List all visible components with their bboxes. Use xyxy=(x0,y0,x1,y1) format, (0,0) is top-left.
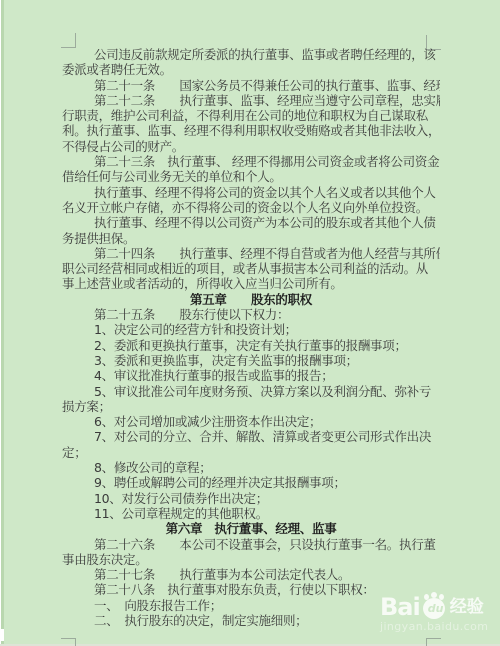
jingyan-domain-text: jingyan.baidu.com xyxy=(380,620,492,633)
document-line: 5、审议批准公司年度财务预、决算方案以及利润分配、弥补亏 xyxy=(62,384,440,399)
document-line: 借给任何与公司业务无关的单位和个人。 xyxy=(62,169,440,184)
page-left-margin-strip xyxy=(1,0,4,646)
document-line: 第二十一条 国家公务员不得兼任公司的执行董事、监事、经理。 xyxy=(62,78,440,93)
document-line: 10、对发行公司债券作出决定； xyxy=(62,491,440,506)
jingyan-logo-text: 经验 xyxy=(450,592,484,620)
document-line: 执行董事、经理不得将公司的资金以其个人名义或者以其他个人 xyxy=(62,185,440,200)
section-heading: 第五章 股东的职权 xyxy=(62,292,440,307)
document-line: 公司违反前款规定所委派的执行董事、监事或者聘任经理的，该 xyxy=(62,47,440,62)
section-heading: 第六章 执行董事、经理、监事 xyxy=(62,521,440,536)
text-boundary-corner-mark-top-left xyxy=(61,33,76,48)
document-line: 1、决定公司的经营方针和投资计划； xyxy=(62,322,440,337)
document-text-area[interactable]: 公司违反前款规定所委派的执行董事、监事或者聘任经理的，该委派或者聘任无效。第二十… xyxy=(62,47,440,631)
word-document-page: 公司违反前款规定所委派的执行董事、监事或者聘任经理的，该委派或者聘任无效。第二十… xyxy=(0,0,500,646)
document-line: 委派或者聘任无效。 xyxy=(62,62,440,77)
document-line: 定； xyxy=(62,445,440,460)
text-boundary-corner-mark-bottom-left xyxy=(61,638,76,646)
document-line: 利。执行董事、监事、经理不得利用职权收受贿赂或者其他非法收入， xyxy=(62,123,440,138)
document-line: 不得侵占公司的财产。 xyxy=(62,139,440,154)
document-line: 第二十二条 执行董事、监事、经理应当遵守公司章程，忠实履 xyxy=(62,93,440,108)
document-line: 4、审议批准执行董事的报告或监事的报告； xyxy=(62,368,440,383)
baidu-jingyan-logo: Bai du 经验 xyxy=(380,592,492,620)
text-boundary-corner-mark-bottom-right xyxy=(426,638,441,646)
document-line: 事上述营业或者活动的，所得收入应当归公司所有。 xyxy=(62,276,440,291)
document-line: 名义开立帐户存储，亦不得将公司的资金以个人名义向外单位投资。 xyxy=(62,200,440,215)
document-line: 9、聘任或解聘公司的经理并决定其报酬事项； xyxy=(62,475,440,490)
baidu-logo-text-du: du xyxy=(428,602,444,615)
document-line: 事由股东决定。 xyxy=(62,552,440,567)
document-line: 7、对公司的分立、合并、解散、清算或者变更公司形式作出决 xyxy=(62,429,440,444)
document-line: 行职责，维护公司利益，不得利用在公司的地位和职权为自己谋取私 xyxy=(62,108,440,123)
document-line: 第二十七条 执行董事为本公司法定代表人。 xyxy=(62,567,440,582)
page-left-notch xyxy=(0,629,4,641)
document-line: 损方案； xyxy=(62,399,440,414)
document-line: 职公司经营相同或相近的项目，或者从事损害本公司利益的活动。从 xyxy=(62,261,440,276)
document-line: 8、修改公司的章程； xyxy=(62,460,440,475)
document-line: 务提供担保。 xyxy=(62,231,440,246)
baidu-jingyan-watermark: Bai du 经验 jingyan.baidu.com xyxy=(380,592,492,633)
document-line: 执行董事、经理不得以公司资产为本公司的股东或者其他个人债 xyxy=(62,215,440,230)
baidu-paw-icon: du xyxy=(421,592,448,620)
document-line: 11、公司章程规定的其他职权。 xyxy=(62,506,440,521)
baidu-logo-text-bai: Bai xyxy=(380,594,420,620)
document-line: 6、对公司增加或减少注册资本作出决定； xyxy=(62,414,440,429)
document-line: 第二十三条 执行董事、 经理不得挪用公司资金或者将公司资金 xyxy=(62,154,440,169)
document-line: 3、委派和更换监事，决定有关监事的报酬事项； xyxy=(62,353,440,368)
document-line: 第二十五条 股东行使以下权力： xyxy=(62,307,440,322)
document-line: 2、委派和更换执行董事，决定有关执行董事的报酬事项； xyxy=(62,338,440,353)
document-line: 第二十四条 执行董事、经理不得自营或者为他人经营与其所任 xyxy=(62,246,440,261)
document-line: 第二十六条 本公司不设董事会，只设执行董事一名。执行董 xyxy=(62,537,440,552)
